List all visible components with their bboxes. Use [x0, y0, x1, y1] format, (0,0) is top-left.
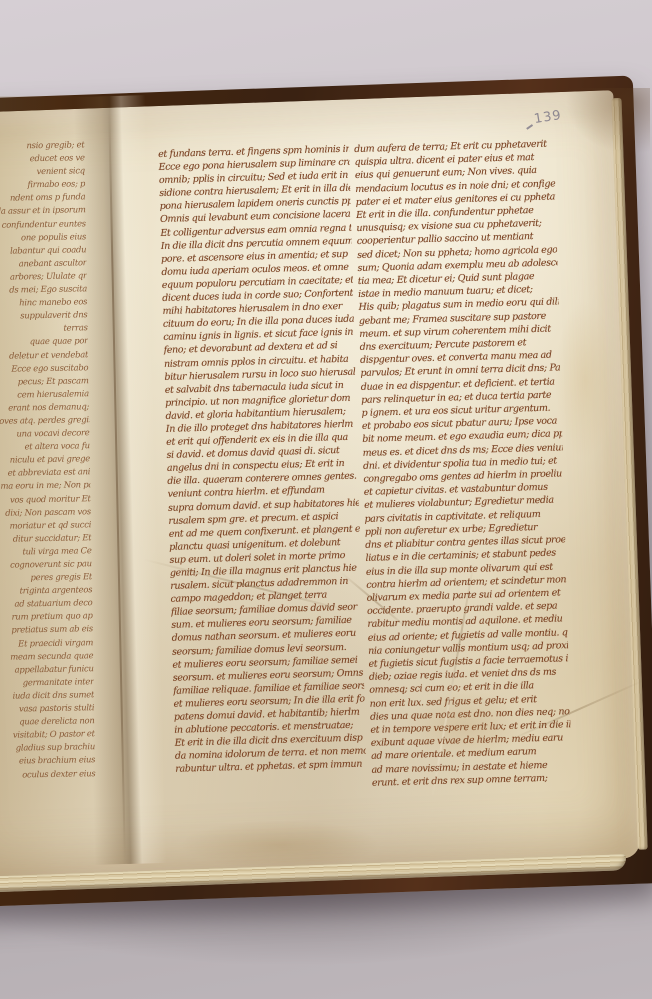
facing-page-text: nsio gregib; eteducet eos vevenient sicq… [0, 139, 96, 786]
left-text-column: et fundans terra. et fingens spm hominis… [158, 143, 367, 780]
page-corner-shadow [560, 88, 650, 158]
parchment-stain [405, 690, 525, 760]
photo-background: nsio gregib; eteducet eos vevenient sicq… [0, 0, 652, 999]
parchment-stain [555, 300, 615, 460]
facing-line: oculus dexter eius [5, 768, 95, 783]
parchment-stain [180, 820, 380, 870]
